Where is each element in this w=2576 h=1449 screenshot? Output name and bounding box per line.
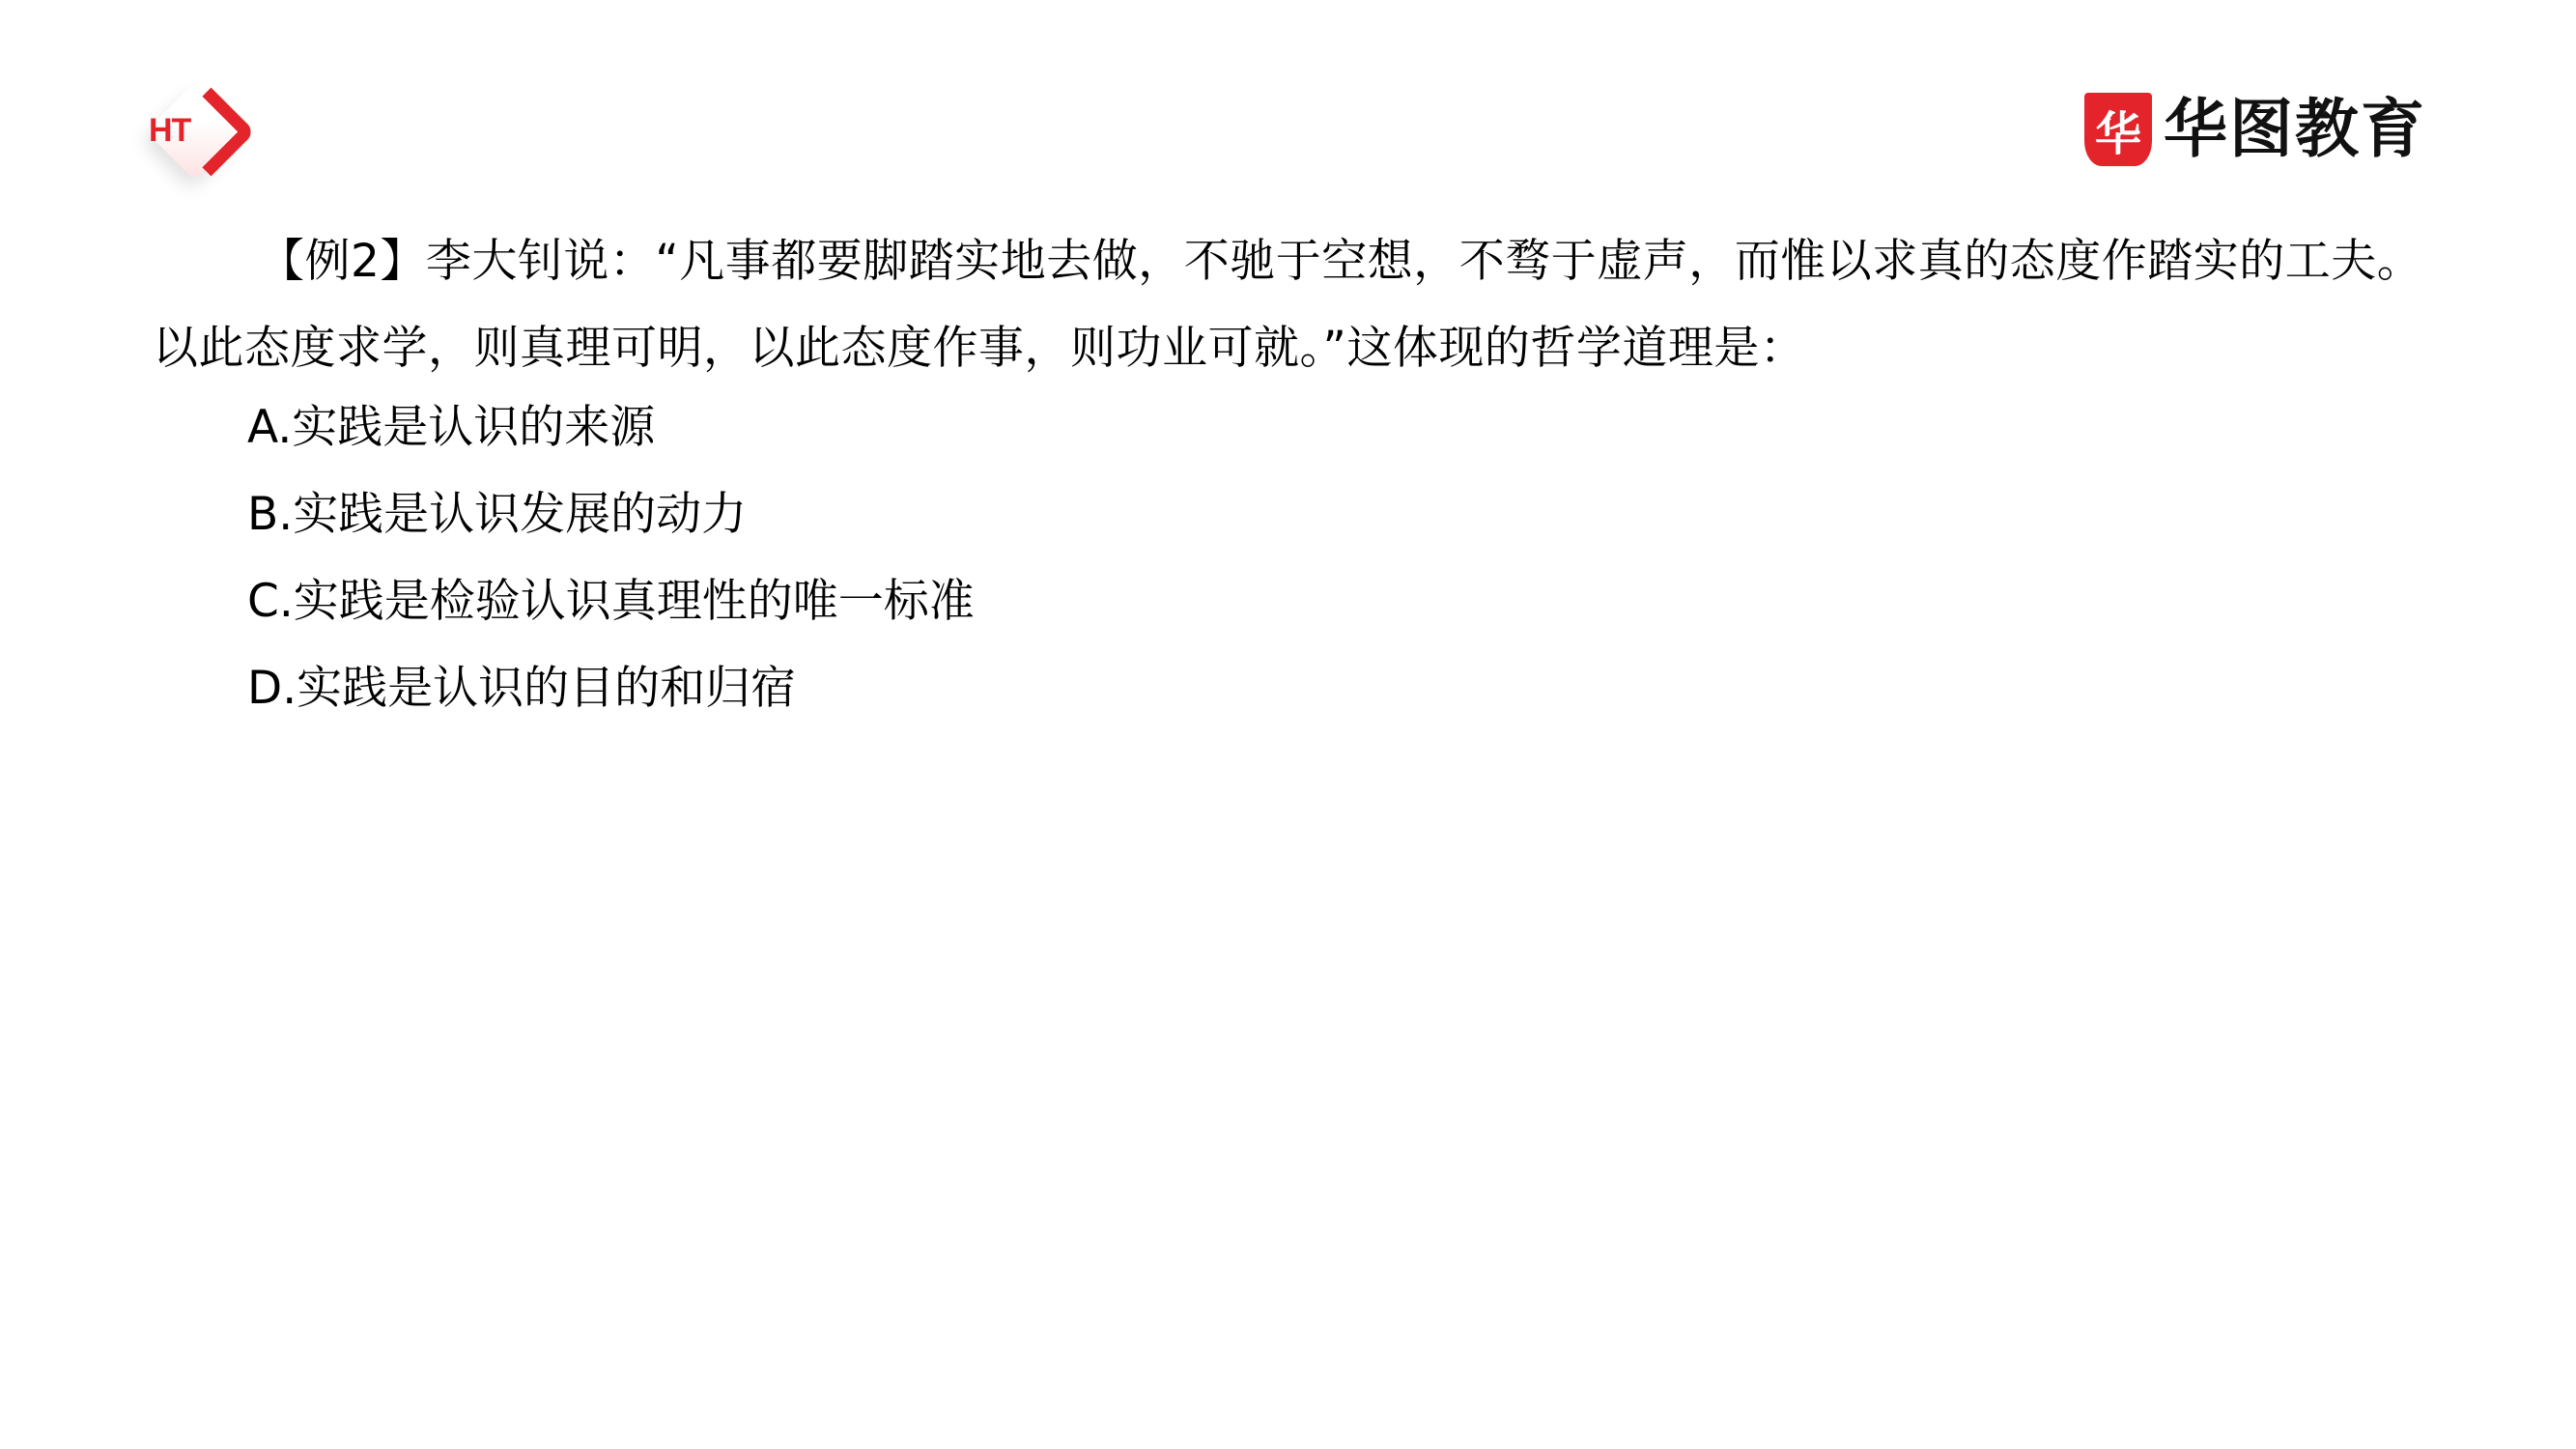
question-text: 李大钊说：“凡事都要脚踏实地去做，不驰于空想，不骛于虚声，而惟以求真的态度作踏实… <box>153 235 2422 375</box>
question-stem: 【例2】李大钊说：“凡事都要脚踏实地去做，不驰于空想，不骛于虚声，而惟以求真的态… <box>153 218 2432 392</box>
option-text: 实践是认识发展的动力 <box>293 488 747 541</box>
option-text: 实践是认识的来源 <box>292 401 655 454</box>
option-letter: C. <box>247 575 294 628</box>
option-b: B.实践是认识发展的动力 <box>247 471 975 558</box>
option-text: 实践是检验认识真理性的唯一标准 <box>294 575 975 628</box>
option-letter: B. <box>247 488 293 541</box>
brand-name: 华图教育 <box>2164 93 2426 166</box>
option-letter: A. <box>247 401 292 454</box>
option-a: A.实践是认识的来源 <box>247 384 975 471</box>
brand-logo: 华 华图教育 <box>2084 93 2426 166</box>
option-c: C.实践是检验认识真理性的唯一标准 <box>247 558 975 645</box>
answer-options: A.实践是认识的来源 B.实践是认识发展的动力 C.实践是检验认识真理性的唯一标… <box>247 384 975 732</box>
option-letter: D. <box>247 662 297 715</box>
option-text: 实践是认识的目的和归宿 <box>297 662 796 715</box>
option-d: D.实践是认识的目的和归宿 <box>247 645 975 732</box>
ht-logo-text: HT <box>149 112 190 150</box>
ht-logo: HT <box>143 89 259 176</box>
brand-shield-icon: 华 <box>2084 93 2152 166</box>
question-label: 【例2】 <box>259 235 426 288</box>
